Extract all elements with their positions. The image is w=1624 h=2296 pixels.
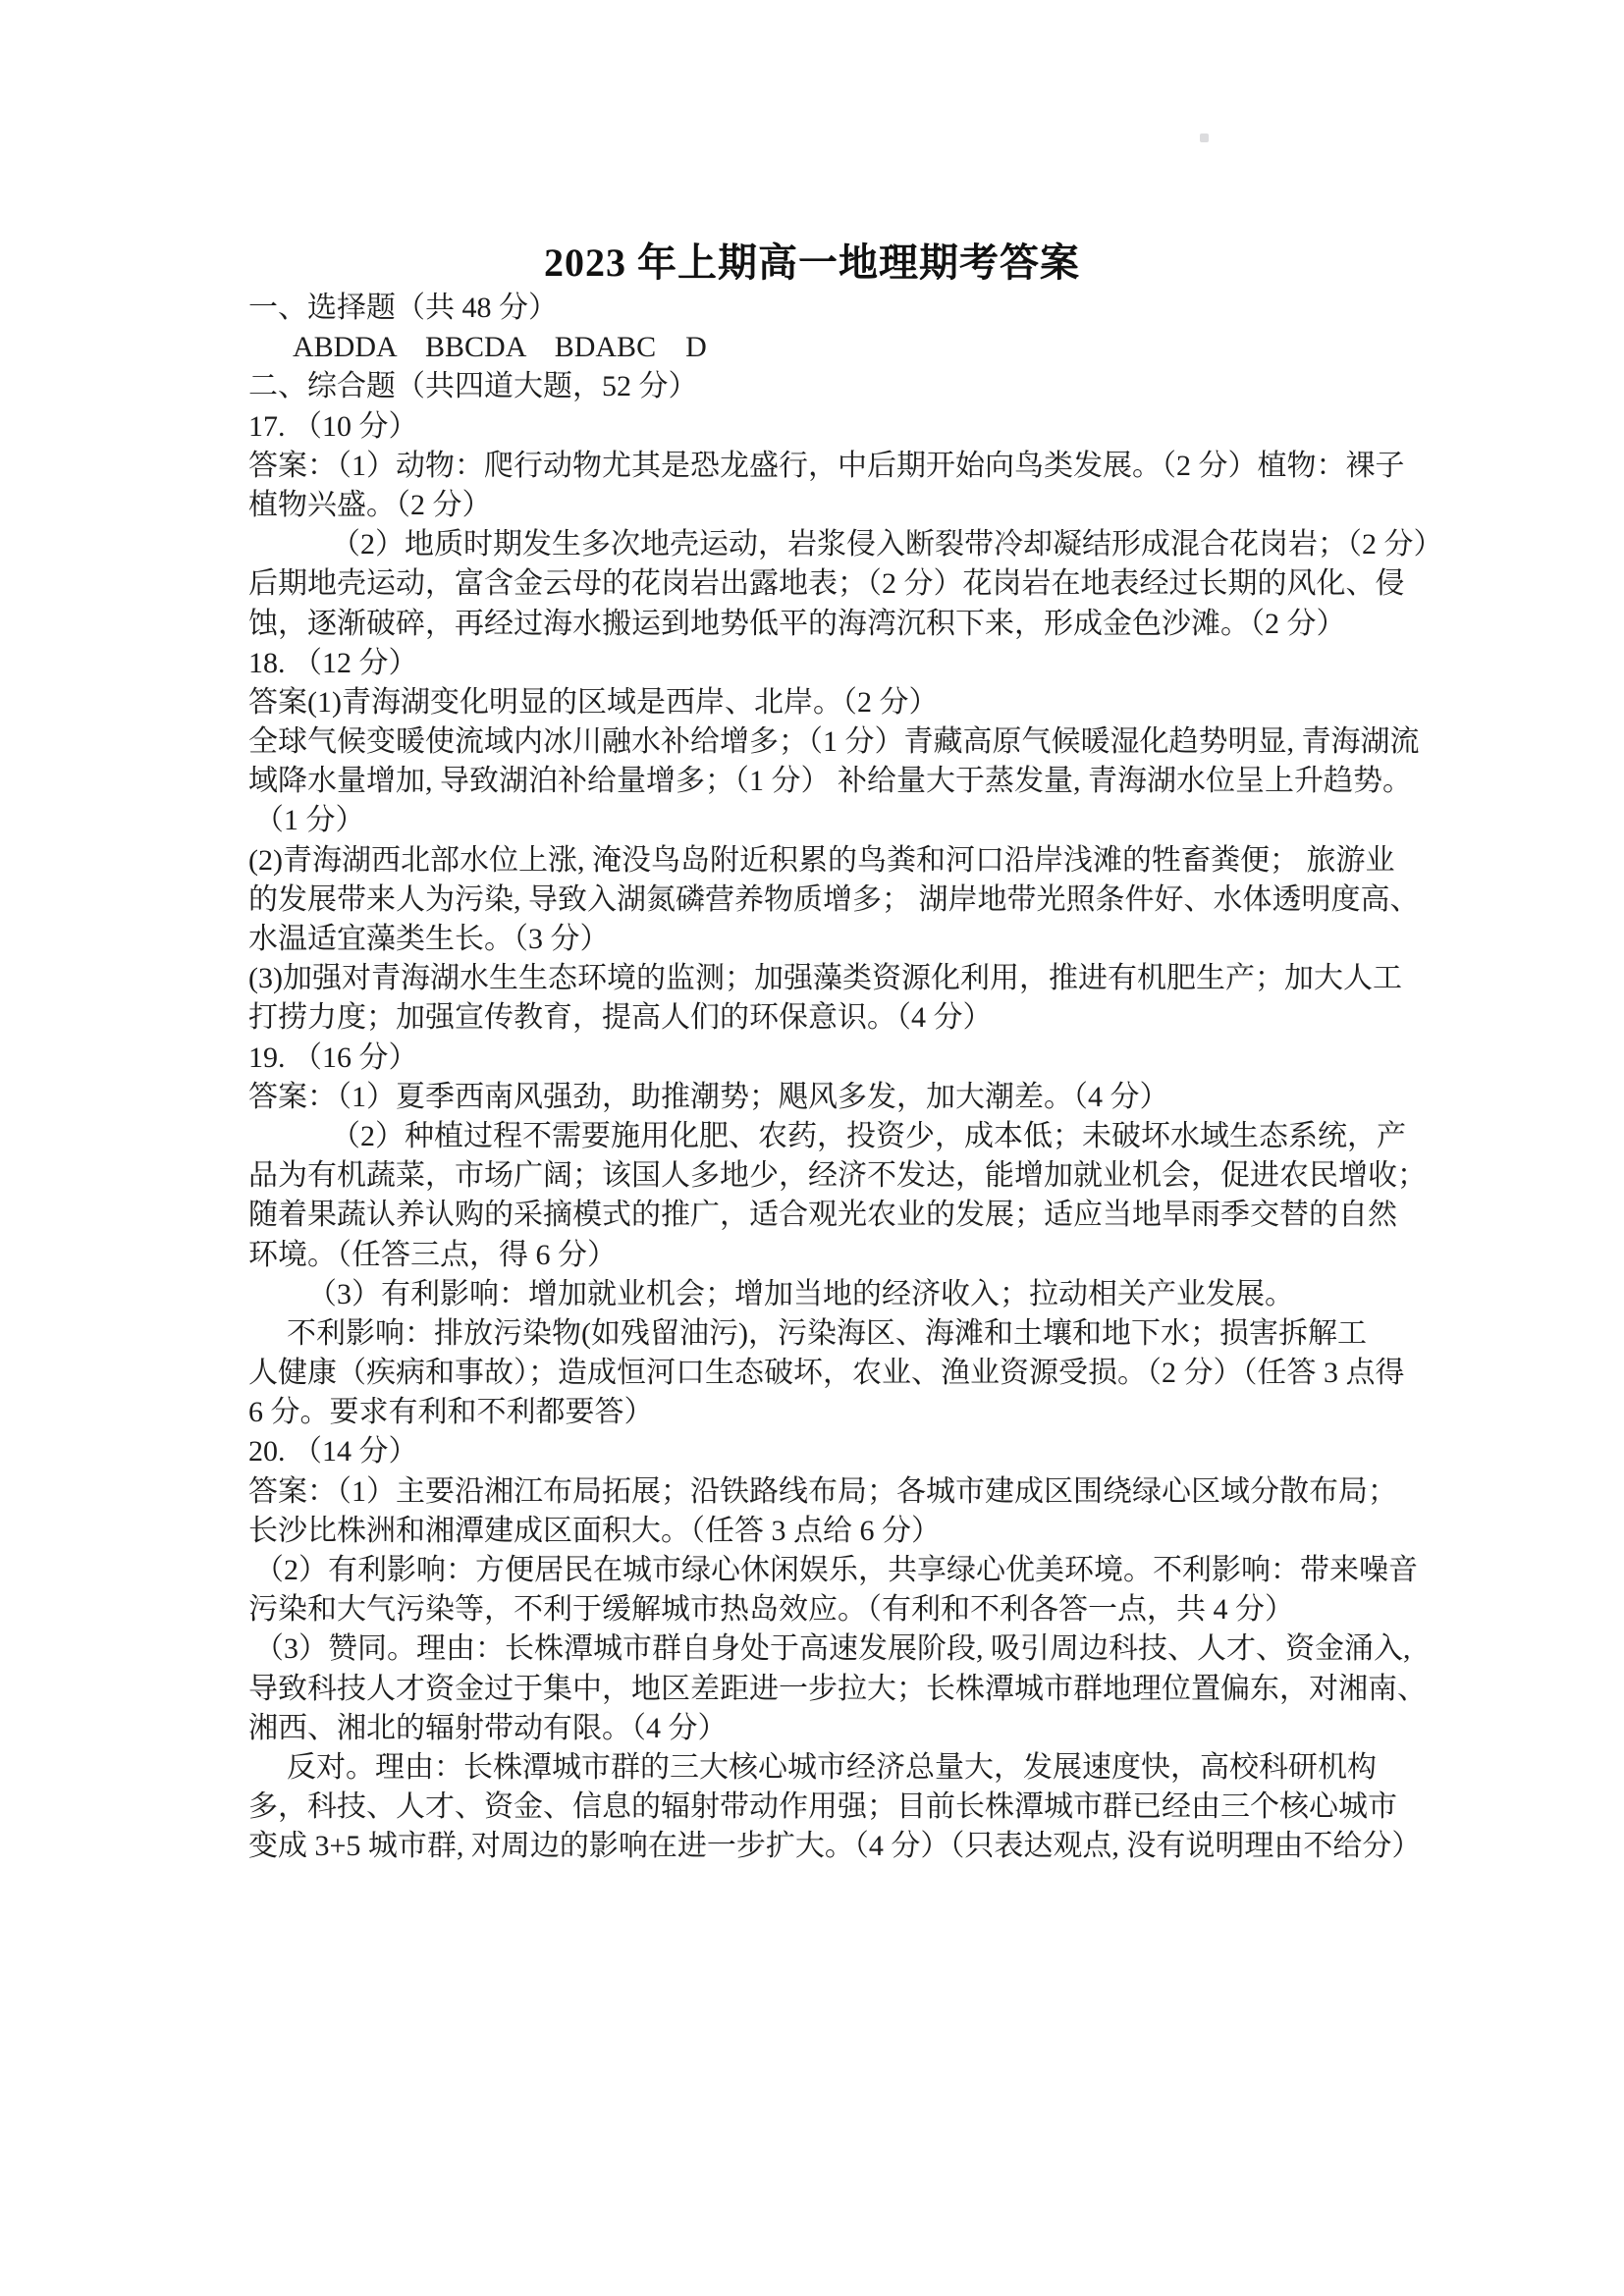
answer-line: 6 分。要求有利和不利都要答）	[248, 1393, 1392, 1432]
answer-line: 答案(1)青海湖变化明显的区域是西岸、北岸。（2 分）	[248, 683, 1392, 722]
answer-line: 全球气候变暖使流域内冰川融水补给增多；（1 分）青藏高原气候暖湿化趋势明显, 青…	[248, 722, 1392, 762]
answer-line: 答案：（1）夏季西南风强劲，助推潮势；飓风多发，加大潮差。（4 分）	[248, 1078, 1392, 1117]
answer-line: （3）赞同。理由：长株潭城市群自身处于高速发展阶段, 吸引周边科技、人才、资金涌…	[248, 1629, 1392, 1669]
scan-artifact-speck	[1200, 133, 1209, 142]
answer-line: 污染和大气污染等，不利于缓解城市热岛效应。（有利和不利各答一点，共 4 分）	[248, 1590, 1392, 1629]
answer-line: 17. （10 分）	[248, 407, 1392, 447]
answer-line: 不利影响：排放污染物(如残留油污)，污染海区、海滩和土壤和地下水；损害拆解工	[248, 1314, 1392, 1354]
answer-line: (2)青海湖西北部水位上涨, 淹没鸟岛附近积累的鸟粪和河口沿岸浅滩的牲畜粪便； …	[248, 841, 1392, 881]
answer-line: （3）有利影响：增加就业机会；增加当地的经济收入；拉动相关产业发展。	[248, 1275, 1392, 1314]
answer-line: 一、选择题（共 48 分）	[248, 289, 1392, 328]
answer-line: 湘西、湘北的辐射带动有限。（4 分）	[248, 1709, 1392, 1748]
answer-line: 后期地壳运动，富含金云母的花岗岩出露地表；（2 分）花岗岩在地表经过长期的风化、…	[248, 564, 1392, 604]
answer-line: 随着果蔬认养认购的采摘模式的推广，适合观光农业的发展；适应当地旱雨季交替的自然	[248, 1196, 1392, 1235]
answer-line: 打捞力度；加强宣传教育，提高人们的环保意识。（4 分）	[248, 998, 1392, 1038]
answer-line: 植物兴盛。（2 分）	[248, 486, 1392, 525]
answer-line: 反对。理由：长株潭城市群的三大核心城市经济总量大，发展速度快，高校科研机构	[248, 1748, 1392, 1788]
document-page: 2023 年上期高一地理期考答案 一、选择题（共 48 分）ABDDA BBCD…	[0, 0, 1624, 2296]
answer-line: （1 分）	[248, 801, 1392, 840]
answer-line: 导致科技人才资金过于集中，地区差距进一步拉大；长株潭城市群地理位置偏东，对湘南、	[248, 1670, 1392, 1709]
answer-line: 人健康（疾病和事故）；造成恒河口生态破坏，农业、渔业资源受损。（2 分）（任答 …	[248, 1354, 1392, 1393]
answer-line: 二、综合题（共四道大题，52 分）	[248, 367, 1392, 406]
page-title: 2023 年上期高一地理期考答案	[0, 232, 1624, 288]
answer-line: ABDDA BBCDA BDABC D	[248, 328, 1392, 367]
answer-line: 水温适宜藻类生长。（3 分）	[248, 920, 1392, 959]
answer-line: 20. （14 分）	[248, 1432, 1392, 1471]
answer-line: 的发展带来人为污染, 导致入湖氮磷营养物质增多； 湖岸地带光照条件好、水体透明度…	[248, 881, 1392, 920]
answer-line: （2）有利影响：方便居民在城市绿心休闲娱乐，共享绿心优美环境。不利影响：带来噪音	[248, 1551, 1392, 1590]
answer-line: 环境。（任答三点，得 6 分）	[248, 1236, 1392, 1275]
answer-line: 18. （12 分）	[248, 644, 1392, 683]
answer-body: 一、选择题（共 48 分）ABDDA BBCDA BDABC D二、综合题（共四…	[248, 289, 1392, 1867]
answer-line: 19. （16 分）	[248, 1039, 1392, 1078]
answer-line: 变成 3+5 城市群, 对周边的影响在进一步扩大。（4 分）（只表达观点, 没有…	[248, 1827, 1392, 1866]
answer-line: 多，科技、人才、资金、信息的辐射带动作用强；目前长株潭城市群已经由三个核心城市	[248, 1788, 1392, 1827]
answer-line: 答案：（1）主要沿湘江布局拓展；沿铁路线布局；各城市建成区围绕绿心区域分散布局；	[248, 1472, 1392, 1512]
answer-line: （2）地质时期发生多次地壳运动，岩浆侵入断裂带冷却凝结形成混合花岗岩；（2 分）	[248, 525, 1392, 564]
answer-line: (3)加强对青海湖水生生态环境的监测；加强藻类资源化利用，推进有机肥生产；加大人…	[248, 959, 1392, 998]
answer-line: 答案：（1）动物：爬行动物尤其是恐龙盛行，中后期开始向鸟类发展。（2 分）植物：…	[248, 447, 1392, 486]
answer-line: 蚀，逐渐破碎，再经过海水搬运到地势低平的海湾沉积下来，形成金色沙滩。（2 分）	[248, 605, 1392, 644]
answer-line: 长沙比株洲和湘潭建成区面积大。（任答 3 点给 6 分）	[248, 1512, 1392, 1551]
answer-line: 品为有机蔬菜，市场广阔；该国人多地少，经济不发达，能增加就业机会，促进农民增收；	[248, 1156, 1392, 1196]
answer-line: 域降水量增加, 导致湖泊补给量增多；（1 分） 补给量大于蒸发量, 青海湖水位呈…	[248, 762, 1392, 801]
answer-line: （2）种植过程不需要施用化肥、农药，投资少，成本低；未破坏水域生态系统，产	[248, 1117, 1392, 1156]
